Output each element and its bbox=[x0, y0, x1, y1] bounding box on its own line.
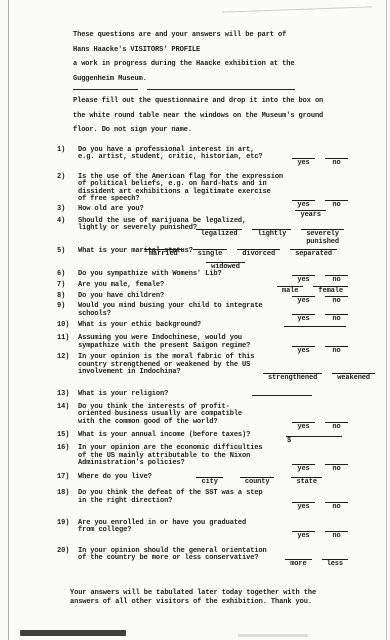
question-number: 6) bbox=[57, 271, 74, 279]
answer-row: $ bbox=[286, 436, 342, 445]
question-answers: yesno bbox=[292, 531, 348, 540]
answer-label: no bbox=[325, 158, 348, 167]
answer-row: strengthenedweakened bbox=[263, 373, 375, 382]
question-answers: yesno bbox=[292, 158, 348, 167]
answer-blank-county: county bbox=[240, 477, 275, 486]
question-number: 13) bbox=[57, 391, 74, 399]
answer-label: county bbox=[240, 477, 275, 486]
question-16: 16) In your opinion are the economic dif… bbox=[57, 445, 390, 468]
question-number: 9) bbox=[57, 303, 74, 318]
answer-blank-strengthened: strengthened bbox=[263, 373, 322, 382]
question-answers: citycountystate bbox=[196, 477, 322, 486]
answer-blank-less: less bbox=[322, 559, 348, 568]
question-19: 19) Are you enrolled in or have you grad… bbox=[57, 520, 390, 535]
answer-blank-line bbox=[252, 395, 312, 404]
answer-row: yesno bbox=[292, 502, 348, 511]
question-7: 7) Are you male, female? malefemale bbox=[57, 282, 390, 290]
answer-blank-divorced: divorced bbox=[237, 249, 280, 258]
question-number: 2) bbox=[57, 174, 74, 204]
answer-sublabel: punished bbox=[306, 238, 339, 246]
answer-row: marriedsingledivorcedseparated bbox=[144, 249, 337, 258]
question-answers: moreless bbox=[285, 559, 348, 568]
answer-label: no bbox=[325, 531, 348, 540]
answer-blank-yes: yes bbox=[292, 531, 315, 540]
answer-label: separated bbox=[290, 249, 337, 258]
divider-segment bbox=[147, 89, 295, 90]
answer-row: yesno bbox=[292, 422, 348, 431]
question-number: 14) bbox=[57, 404, 74, 427]
answer-blank-weakened: weakened bbox=[332, 373, 375, 382]
document-content: These questions are and your answers wil… bbox=[0, 0, 390, 608]
answer-blank-yes: yes bbox=[292, 158, 315, 167]
question-1: 1) Do you have a professional interest i… bbox=[57, 147, 390, 162]
question-answers bbox=[252, 395, 312, 404]
answer-row: yesno bbox=[292, 464, 348, 473]
answer-label bbox=[252, 395, 312, 404]
answer-blank-state: state bbox=[291, 477, 322, 486]
answer-label: yes bbox=[292, 158, 315, 167]
answer-label: no bbox=[325, 502, 348, 511]
question-10: 10) What is your ethic background? bbox=[57, 322, 390, 330]
answer-label: yes bbox=[292, 531, 315, 540]
question-number: 4) bbox=[57, 218, 74, 233]
question-number: 20) bbox=[57, 548, 74, 563]
question-5: 5) What is your marital status? marrieds… bbox=[57, 248, 390, 256]
answer-label: strengthened bbox=[263, 373, 322, 382]
question-20: 20) In your opinion should the general o… bbox=[57, 548, 390, 563]
answer-label: lightly bbox=[252, 229, 291, 238]
instructions-text: Please fill out the questionnaire and dr… bbox=[73, 94, 373, 138]
answer-label: single bbox=[193, 249, 228, 258]
question-number: 1) bbox=[57, 147, 74, 162]
answer-blank-yes: yes bbox=[292, 422, 315, 431]
answer-label: less bbox=[322, 559, 348, 568]
question-11: 11) Assuming you were Indochinese, would… bbox=[57, 335, 390, 350]
answer-label: no bbox=[325, 464, 348, 473]
scan-bottom-smudge bbox=[238, 634, 308, 637]
answer-blank-city: city bbox=[196, 477, 222, 486]
answer-blank-no: no bbox=[325, 422, 348, 431]
question-number: 12) bbox=[57, 354, 74, 377]
answer-label: married bbox=[144, 249, 183, 258]
question-17: 17) Where do you live? citycountystate bbox=[57, 474, 390, 482]
question-number: 10) bbox=[57, 322, 74, 330]
question-3: 3) How old are you? years bbox=[57, 206, 390, 214]
answer-blank-lightly: lightly bbox=[252, 229, 291, 246]
question-number: 5) bbox=[57, 248, 74, 256]
answer-label: no bbox=[325, 422, 348, 431]
answer-label: $ bbox=[286, 436, 342, 445]
scan-bottom-artifact bbox=[20, 630, 126, 636]
answer-blank-legalized: legalized bbox=[196, 229, 243, 246]
answer-label: yes bbox=[292, 422, 315, 431]
question-number: 18) bbox=[57, 490, 74, 505]
question-8: 8) Do you have children? yesno bbox=[57, 293, 390, 301]
question-number: 8) bbox=[57, 293, 74, 301]
question-answers: strengthenedweakened bbox=[263, 373, 375, 382]
question-number: 3) bbox=[57, 206, 74, 214]
answer-blank-more: more bbox=[285, 559, 311, 568]
answer-blank-no: no bbox=[325, 464, 348, 473]
question-18: 18) Do you think the defeat of the SST w… bbox=[57, 490, 390, 505]
answer-label: severely bbox=[301, 229, 344, 238]
answer-blank-separated: separated bbox=[290, 249, 337, 258]
answer-label: more bbox=[285, 559, 311, 568]
answer-label: yes bbox=[292, 464, 315, 473]
answer-row bbox=[284, 326, 346, 335]
question-number: 11) bbox=[57, 335, 74, 350]
answer-label: yes bbox=[292, 502, 315, 511]
question-answers: $ bbox=[286, 436, 342, 445]
intro-text: These questions are and your answers wil… bbox=[73, 28, 373, 86]
question-13: 13) What is your religion? bbox=[57, 391, 390, 399]
question-4: 4) Should the use of marijuana be legali… bbox=[57, 218, 390, 233]
question-answers: yesno bbox=[292, 464, 348, 473]
answer-row bbox=[252, 395, 312, 404]
answer-row: yesno bbox=[292, 158, 348, 167]
answer-blank-: $ bbox=[286, 436, 342, 445]
question-14: 14) Do you think the interests of profit… bbox=[57, 404, 390, 427]
question-list: 1) Do you have a professional interest i… bbox=[57, 147, 390, 563]
answer-blank-severely: severelypunished bbox=[301, 229, 344, 246]
question-9: 9) Would you mind busing your child to i… bbox=[57, 303, 390, 318]
answer-label bbox=[284, 326, 346, 335]
answer-row: citycountystate bbox=[196, 477, 322, 486]
question-answers: marriedsingledivorcedseparatedwidowed bbox=[144, 249, 337, 271]
answer-blank-no: no bbox=[325, 502, 348, 511]
footer-text: Your answers will be tabulated later tod… bbox=[70, 589, 350, 608]
answer-blank-line bbox=[284, 326, 346, 335]
question-12: 12) In your opinion is the moral fabric … bbox=[57, 354, 390, 377]
answer-label: city bbox=[196, 477, 222, 486]
question-number: 16) bbox=[57, 445, 74, 468]
answer-label: state bbox=[291, 477, 322, 486]
question-number: 15) bbox=[57, 432, 74, 440]
question-number: 19) bbox=[57, 520, 74, 535]
answer-blank-single: single bbox=[193, 249, 228, 258]
questionnaire-page: These questions are and your answers wil… bbox=[0, 0, 390, 640]
answer-label: legalized bbox=[196, 229, 243, 238]
question-number: 17) bbox=[57, 474, 74, 482]
answer-row: legalizedlightlyseverelypunished bbox=[196, 229, 344, 246]
question-answers: yesno bbox=[292, 502, 348, 511]
answer-label: weakened bbox=[332, 373, 375, 382]
answer-blank-yes: yes bbox=[292, 502, 315, 511]
question-2: 2) Is the use of the American flag for t… bbox=[57, 174, 390, 204]
question-6: 6) Do you sympathize with Womens' Lib? y… bbox=[57, 271, 390, 279]
divider-segment bbox=[73, 89, 138, 90]
question-15: 15) What is your annual income (before t… bbox=[57, 432, 390, 440]
question-answers bbox=[284, 326, 346, 335]
question-number: 7) bbox=[57, 282, 74, 290]
question-answers: legalizedlightlyseverelypunished bbox=[196, 229, 344, 246]
answer-blank-yes: yes bbox=[292, 464, 315, 473]
answer-row: yesno bbox=[292, 531, 348, 540]
answer-blank-no: no bbox=[325, 158, 348, 167]
answer-blank-married: married bbox=[144, 249, 183, 258]
answer-blank-no: no bbox=[325, 531, 348, 540]
answer-label: divorced bbox=[237, 249, 280, 258]
question-answers: yesno bbox=[292, 422, 348, 431]
answer-row: moreless bbox=[285, 559, 348, 568]
section-divider bbox=[73, 89, 390, 90]
